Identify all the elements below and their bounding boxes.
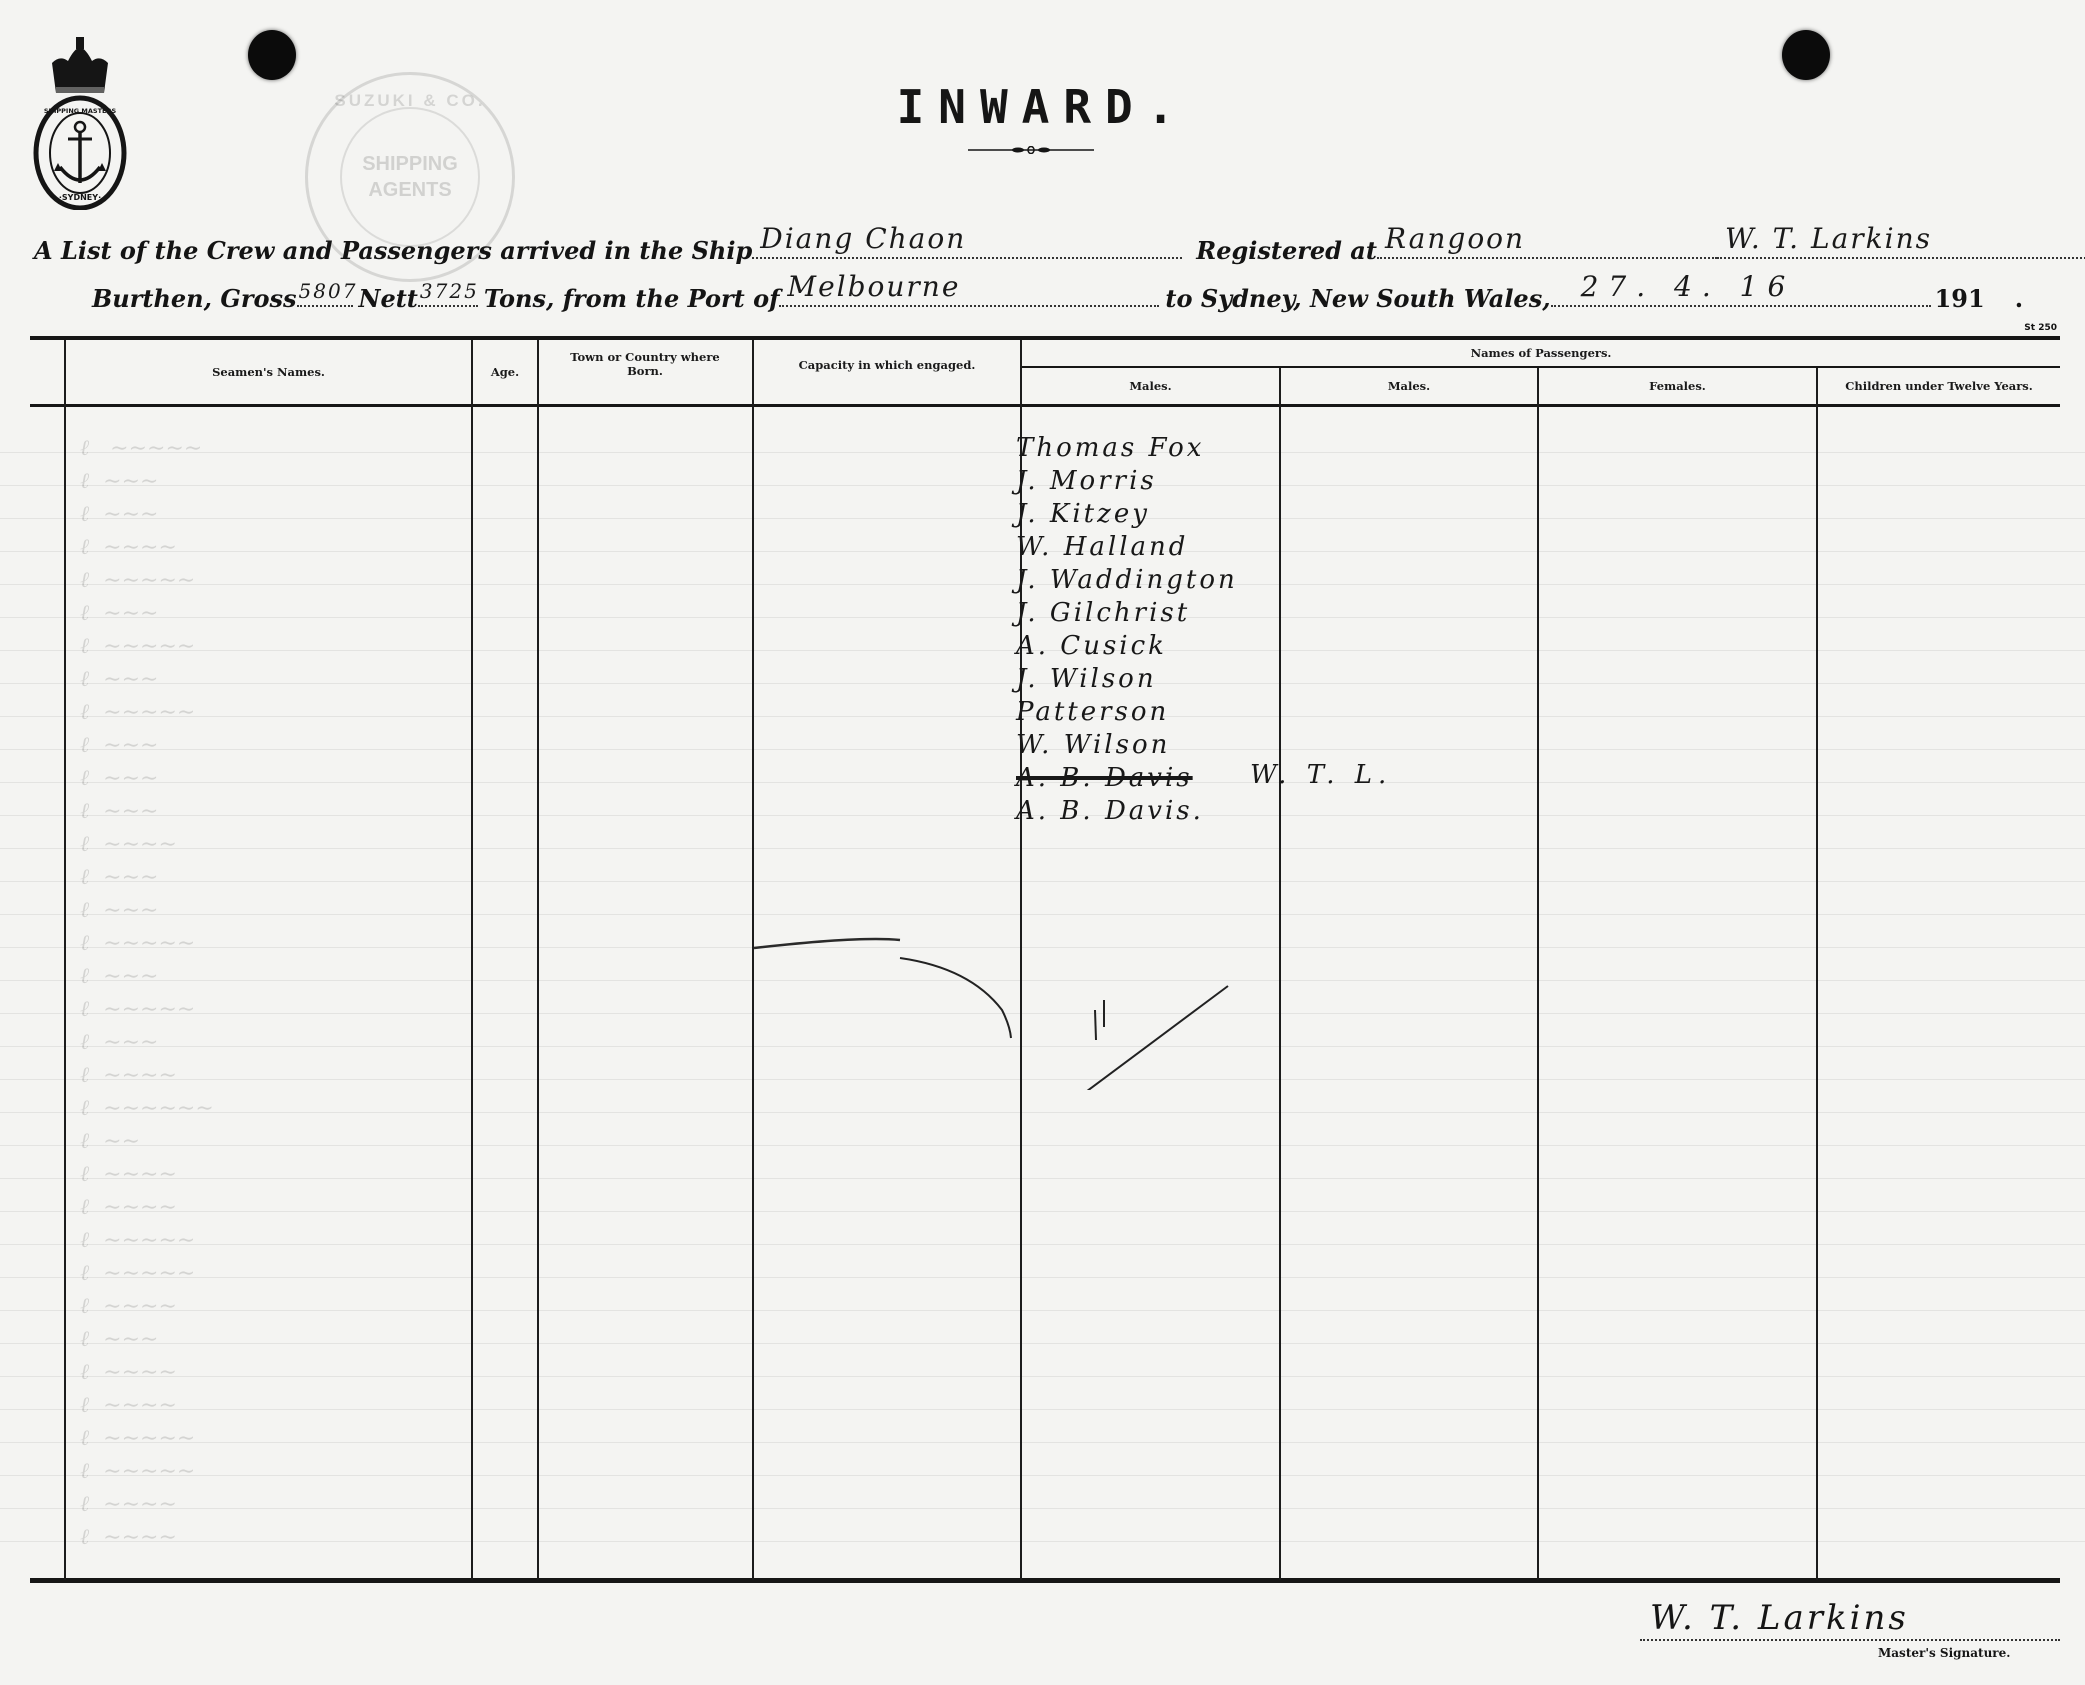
from-port-field: Melbourne xyxy=(779,285,1159,307)
passenger-row: W. Halland xyxy=(1016,531,1238,564)
passenger-row: Patterson xyxy=(1016,696,1238,729)
col-header-males-2: Males. xyxy=(1281,368,1537,404)
passenger-row: J. Kitzey xyxy=(1016,498,1238,531)
from-port-value: Melbourne xyxy=(787,270,960,303)
year-prefix: 191 xyxy=(1935,284,1985,313)
date-value: 27. 4. 16 xyxy=(1581,270,1796,303)
year-suffix: . xyxy=(2015,284,2023,313)
svg-text:·SYDNEY·: ·SYDNEY· xyxy=(59,193,101,202)
registered-port-field: Rangoon xyxy=(1377,237,1717,259)
passenger-row: W. Wilson xyxy=(1016,729,1238,762)
passenger-row: J. Morris xyxy=(1016,465,1238,498)
gross-tons-value: 5807 xyxy=(299,279,358,303)
registered-port-value: Rangoon xyxy=(1385,222,1525,255)
col-divider-town xyxy=(537,340,539,1580)
col-header-town-born: Town or Country where Born. xyxy=(560,346,730,382)
page-title: INWARD. xyxy=(0,80,2085,134)
col-header-children: Children under Twelve Years. xyxy=(1818,368,2060,404)
col-header-capacity: Capacity in which engaged. xyxy=(754,340,1020,390)
tons-from-label: Tons, from the Port of xyxy=(484,284,780,313)
master-name-value: W. T. Larkins xyxy=(1725,222,1932,255)
punch-hole-right xyxy=(1782,30,1830,80)
title-ornament-icon xyxy=(968,146,1094,154)
stamp-line-1: SHIPPING xyxy=(362,151,458,177)
col-divider-left xyxy=(64,340,66,1580)
registered-label: Registered at xyxy=(1196,236,1377,265)
punch-hole-left xyxy=(248,30,296,80)
burthen-label: Burthen, Gross xyxy=(92,284,297,313)
header-line-ship: A List of the Crew and Passengers arrive… xyxy=(34,236,2085,265)
nett-label: Nett xyxy=(359,284,418,313)
correction-initials: W. T. L. xyxy=(1250,760,1392,790)
passenger-row-struck: A. B. Davis xyxy=(1016,762,1238,795)
col-header-seamen-names: Seamen's Names. xyxy=(66,340,471,404)
col-divider-age xyxy=(471,340,473,1580)
ship-name-value: Diang Chaon xyxy=(760,222,966,255)
list-prefix-label: A List of the Crew and Passengers arrive… xyxy=(34,236,752,265)
header-line-burthen: Burthen, Gross5807Nett3725Tons, from the… xyxy=(92,284,2023,313)
nett-tons-field: 3725 xyxy=(418,285,478,307)
passenger-row: J. Wilson xyxy=(1016,663,1238,696)
to-sydney-label: to Sydney, New South Wales, xyxy=(1165,284,1550,313)
pen-strokes-icon xyxy=(740,930,1340,1090)
passenger-row: A. Cusick xyxy=(1016,630,1238,663)
col-divider-females xyxy=(1537,368,1539,1580)
signature-line xyxy=(1640,1639,2060,1641)
passenger-row: J. Waddington xyxy=(1016,564,1238,597)
passenger-row: J. Gilchrist xyxy=(1016,597,1238,630)
form-code: St 250 xyxy=(2024,323,2057,333)
crew-bleed-through: ℓ ∼∼∼∼∼ℓ ∼∼∼ℓ ∼∼∼ℓ ∼∼∼∼ ℓ ∼∼∼∼∼ℓ ∼∼∼ℓ ∼∼… xyxy=(80,435,500,1565)
ship-name-field: Diang Chaon xyxy=(752,237,1182,259)
passenger-row: Thomas Fox xyxy=(1016,432,1238,465)
table-header-bottom-rule xyxy=(30,404,2060,407)
gross-tons-field: 5807 xyxy=(297,285,353,307)
signature-label: Master's Signature. xyxy=(1878,1646,2010,1660)
master-signature: W. T. Larkins xyxy=(1650,1598,1909,1638)
date-field: 27. 4. 16 xyxy=(1551,285,1931,307)
master-name-field: W. T. Larkins xyxy=(1717,237,2085,259)
col-header-males-1: Males. xyxy=(1022,368,1279,404)
passenger-males-list: Thomas Fox J. Morris J. Kitzey W. Hallan… xyxy=(1016,432,1238,828)
col-header-females: Females. xyxy=(1539,368,1816,404)
col-header-age: Age. xyxy=(473,340,537,404)
passenger-row: A. B. Davis. xyxy=(1016,795,1238,828)
stamp-line-2: AGENTS xyxy=(368,177,451,203)
table-bottom-rule xyxy=(30,1578,2060,1583)
passenger-group-header: Names of Passengers. xyxy=(1022,340,2060,366)
col-divider-children xyxy=(1816,368,1818,1580)
nett-tons-value: 3725 xyxy=(420,279,479,303)
